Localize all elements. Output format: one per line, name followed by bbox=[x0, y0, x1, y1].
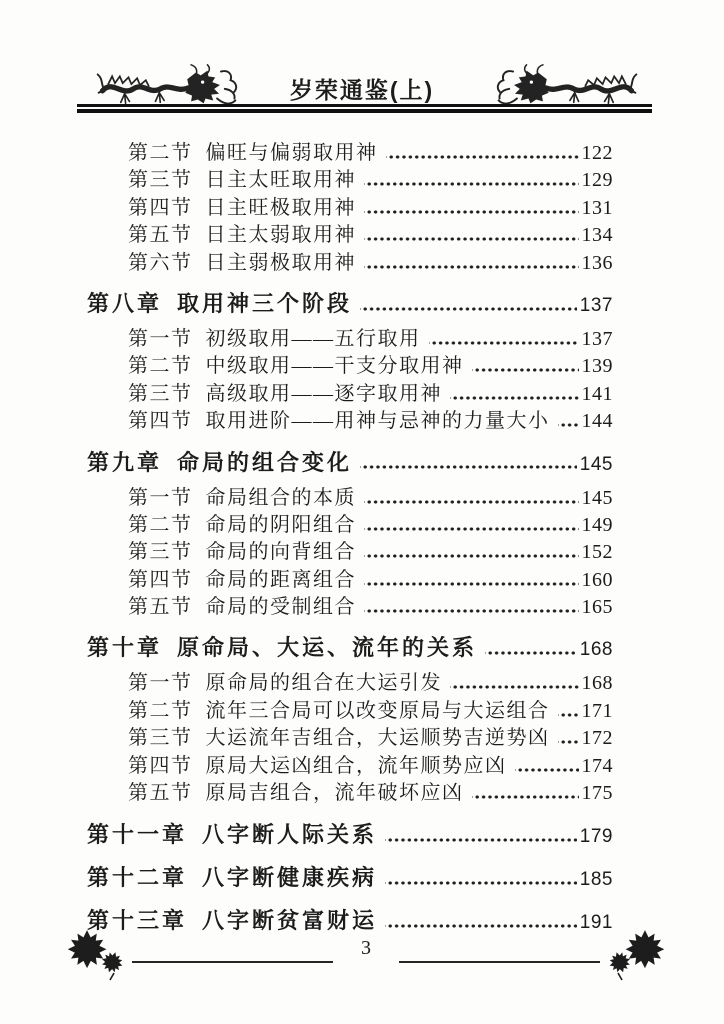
dot-leader bbox=[360, 288, 577, 319]
toc-entry: 第十一章 八字断人际关系 179 bbox=[87, 819, 613, 850]
toc-entry: 第三节 日主太旺取用神 129 bbox=[87, 167, 613, 194]
toc-entry-label: 第十章 bbox=[87, 632, 162, 663]
toc-entry-label: 第二节 bbox=[128, 698, 193, 725]
toc-entry-title: 取用进阶——用神与忌神的力量大小 bbox=[206, 408, 550, 435]
toc-entry-page: 168 bbox=[580, 634, 613, 665]
toc-entry: 第二节 中级取用——干支分取用神 139 bbox=[87, 353, 613, 380]
toc-entry: 第五节 日主太弱取用神 134 bbox=[87, 222, 613, 249]
toc-entry-label: 第八章 bbox=[87, 288, 162, 319]
toc-entry-title: 偏旺与偏弱取用神 bbox=[206, 140, 378, 167]
footer-line-right bbox=[399, 961, 600, 963]
toc-entry-page: 137 bbox=[582, 326, 614, 353]
toc-entry-title: 中级取用——干支分取用神 bbox=[206, 353, 464, 380]
toc-entry: 第四节 命局的距离组合 160 bbox=[87, 567, 613, 594]
dot-leader bbox=[360, 447, 577, 478]
dot-leader bbox=[364, 512, 579, 539]
dot-leader bbox=[558, 725, 579, 752]
toc-entry-title: 原局吉组合，流年破坏应凶 bbox=[206, 780, 464, 807]
book-title: 岁荣通鉴(上) bbox=[290, 72, 434, 105]
toc-entry-page: 134 bbox=[582, 222, 614, 249]
toc-entry-label: 第十二章 bbox=[87, 862, 187, 893]
toc-entry-label: 第四节 bbox=[128, 753, 193, 780]
toc-entry-page: 129 bbox=[582, 167, 614, 194]
toc-entry: 第四节 日主旺极取用神 131 bbox=[87, 195, 613, 222]
toc-entry-page: 122 bbox=[582, 140, 614, 167]
toc-entry-label: 第二节 bbox=[128, 512, 193, 539]
toc-entry-label: 第四节 bbox=[128, 567, 193, 594]
toc-entry: 第二节 流年三合局可以改变原局与大运组合 171 bbox=[87, 698, 613, 725]
toc-entry-page: 172 bbox=[582, 725, 614, 752]
toc-entry-title: 命局的组合变化 bbox=[177, 447, 352, 478]
toc-entry-label: 第三节 bbox=[128, 167, 193, 194]
toc-entry: 第四节 原局大运凶组合，流年顺势应凶 174 bbox=[87, 753, 613, 780]
dot-leader bbox=[364, 567, 579, 594]
dot-leader bbox=[364, 594, 579, 621]
toc-entry-title: 流年三合局可以改变原局与大运组合 bbox=[206, 698, 550, 725]
toc-entry: 第二节 偏旺与偏弱取用神 122 bbox=[87, 140, 613, 167]
toc-entry-label: 第二节 bbox=[128, 353, 193, 380]
dot-leader bbox=[558, 408, 579, 435]
toc-entry-label: 第四节 bbox=[128, 408, 193, 435]
toc-entry-page: 139 bbox=[582, 353, 614, 380]
toc-entry-page: 131 bbox=[582, 195, 614, 222]
toc-entry-title: 命局的距离组合 bbox=[206, 567, 357, 594]
toc-entry-label: 第九章 bbox=[87, 447, 162, 478]
toc-entry-label: 第五节 bbox=[128, 780, 193, 807]
toc-entry: 第八章 取用神三个阶段 137 bbox=[87, 288, 613, 319]
dot-leader bbox=[429, 326, 579, 353]
toc-entry-page: 165 bbox=[582, 594, 614, 621]
toc-entry-label: 第二节 bbox=[128, 140, 193, 167]
toc-entry: 第四节 取用进阶——用神与忌神的力量大小 144 bbox=[87, 408, 613, 435]
dot-leader bbox=[364, 167, 579, 194]
toc-entry: 第二节 命局的阴阳组合 149 bbox=[87, 512, 613, 539]
toc-entry-title: 大运流年吉组合，大运顺势吉逆势凶 bbox=[206, 725, 550, 752]
toc-entry-title: 日主太旺取用神 bbox=[206, 167, 357, 194]
toc-entry-title: 命局的向背组合 bbox=[206, 539, 357, 566]
toc-entry: 第一节 命局组合的本质 145 bbox=[87, 485, 613, 512]
toc-entry: 第六节 日主弱极取用神 136 bbox=[87, 250, 613, 277]
header-rule-thin-line bbox=[77, 104, 652, 107]
dot-leader bbox=[364, 485, 579, 512]
toc-entry: 第十章 原命局、大运、流年的关系 168 bbox=[87, 632, 613, 663]
toc-entry: 第三节 命局的向背组合 152 bbox=[87, 539, 613, 566]
toc-entry-label: 第四节 bbox=[128, 195, 193, 222]
toc-entry-title: 日主旺极取用神 bbox=[206, 195, 357, 222]
toc-entry-title: 八字断人际关系 bbox=[202, 819, 377, 850]
dot-leader bbox=[385, 819, 577, 850]
toc-entry-page: 175 bbox=[582, 780, 614, 807]
maple-leaves-left-icon bbox=[68, 929, 132, 981]
dot-leader bbox=[364, 250, 579, 277]
toc-entry: 第五节 原局吉组合，流年破坏应凶 175 bbox=[87, 780, 613, 807]
dot-leader bbox=[558, 698, 579, 725]
toc-entry-page: 168 bbox=[582, 670, 614, 697]
toc-entry-label: 第一节 bbox=[128, 485, 193, 512]
toc-entry-title: 原命局、大运、流年的关系 bbox=[177, 632, 477, 663]
dot-leader bbox=[385, 862, 577, 893]
toc-entry-page: 171 bbox=[582, 698, 614, 725]
toc-entry: 第一节 原命局的组合在大运引发 168 bbox=[87, 670, 613, 697]
toc-entry-title: 日主太弱取用神 bbox=[206, 222, 357, 249]
toc-entry-title: 八字断健康疾病 bbox=[202, 862, 377, 893]
toc-entry-page: 141 bbox=[582, 381, 614, 408]
maple-leaves-right-icon bbox=[600, 929, 664, 981]
toc-entry: 第一节 初级取用——五行取用 137 bbox=[87, 326, 613, 353]
toc-entry-page: 149 bbox=[582, 512, 614, 539]
dot-leader bbox=[364, 195, 579, 222]
dot-leader bbox=[450, 381, 579, 408]
toc-entry-page: 174 bbox=[582, 753, 614, 780]
toc-entry-label: 第三节 bbox=[128, 725, 193, 752]
toc-entry-page: 144 bbox=[582, 408, 614, 435]
header-rule bbox=[77, 104, 652, 113]
dot-leader bbox=[364, 222, 579, 249]
toc-entry-label: 第一节 bbox=[128, 326, 193, 353]
toc-entry-label: 第五节 bbox=[128, 222, 193, 249]
dot-leader bbox=[386, 140, 579, 167]
toc-entry: 第十二章 八字断健康疾病 185 bbox=[87, 862, 613, 893]
toc-entry-title: 原命局的组合在大运引发 bbox=[206, 670, 443, 697]
toc-entry-title: 原局大运凶组合，流年顺势应凶 bbox=[206, 753, 507, 780]
toc-entry-label: 第一节 bbox=[128, 670, 193, 697]
toc-entry: 第九章 命局的组合变化 145 bbox=[87, 447, 613, 478]
dot-leader bbox=[364, 539, 579, 566]
toc-entry: 第三节 大运流年吉组合，大运顺势吉逆势凶 172 bbox=[87, 725, 613, 752]
footer-line-left bbox=[132, 961, 333, 963]
page-header: 岁荣通鉴(上) bbox=[0, 0, 724, 117]
toc-entry-label: 第十一章 bbox=[87, 819, 187, 850]
toc-entry-page: 152 bbox=[582, 539, 614, 566]
toc-entry-label: 第五节 bbox=[128, 594, 193, 621]
book-page: 岁荣通鉴(上) 第二节 偏旺与偏弱取用神 122 第三节 日主太旺取用神 129… bbox=[0, 0, 724, 1024]
page-footer: 3 bbox=[68, 926, 664, 984]
toc-entry: 第三节 高级取用——逐字取用神 141 bbox=[87, 381, 613, 408]
dot-leader bbox=[472, 353, 579, 380]
header-rule-thick-line bbox=[77, 109, 652, 114]
toc-entry: 第五节 命局的受制组合 165 bbox=[87, 594, 613, 621]
toc-entry-page: 136 bbox=[582, 250, 614, 277]
toc-entry-page: 179 bbox=[580, 821, 613, 852]
toc-entry-title: 日主弱极取用神 bbox=[206, 250, 357, 277]
toc-entry-title: 初级取用——五行取用 bbox=[206, 326, 421, 353]
dot-leader bbox=[450, 670, 579, 697]
toc-entry-title: 命局的受制组合 bbox=[206, 594, 357, 621]
toc-entry-title: 高级取用——逐字取用神 bbox=[206, 381, 443, 408]
toc-entry-page: 160 bbox=[582, 567, 614, 594]
toc-entry-label: 第六节 bbox=[128, 250, 193, 277]
toc-entry-label: 第三节 bbox=[128, 381, 193, 408]
dot-leader bbox=[515, 753, 579, 780]
toc-entry-page: 185 bbox=[580, 864, 613, 895]
toc-entry-page: 137 bbox=[580, 290, 613, 321]
dot-leader bbox=[472, 780, 579, 807]
page-number: 3 bbox=[333, 937, 399, 960]
toc-entry-title: 命局的阴阳组合 bbox=[206, 512, 357, 539]
toc-entry-page: 145 bbox=[580, 449, 613, 480]
toc-entry-label: 第三节 bbox=[128, 539, 193, 566]
toc-entry-title: 命局组合的本质 bbox=[206, 485, 357, 512]
toc-entry-page: 145 bbox=[582, 485, 614, 512]
table-of-contents: 第二节 偏旺与偏弱取用神 122 第三节 日主太旺取用神 129 第四节 日主旺… bbox=[0, 117, 724, 936]
toc-entry-title: 取用神三个阶段 bbox=[177, 288, 352, 319]
dot-leader bbox=[485, 632, 577, 663]
